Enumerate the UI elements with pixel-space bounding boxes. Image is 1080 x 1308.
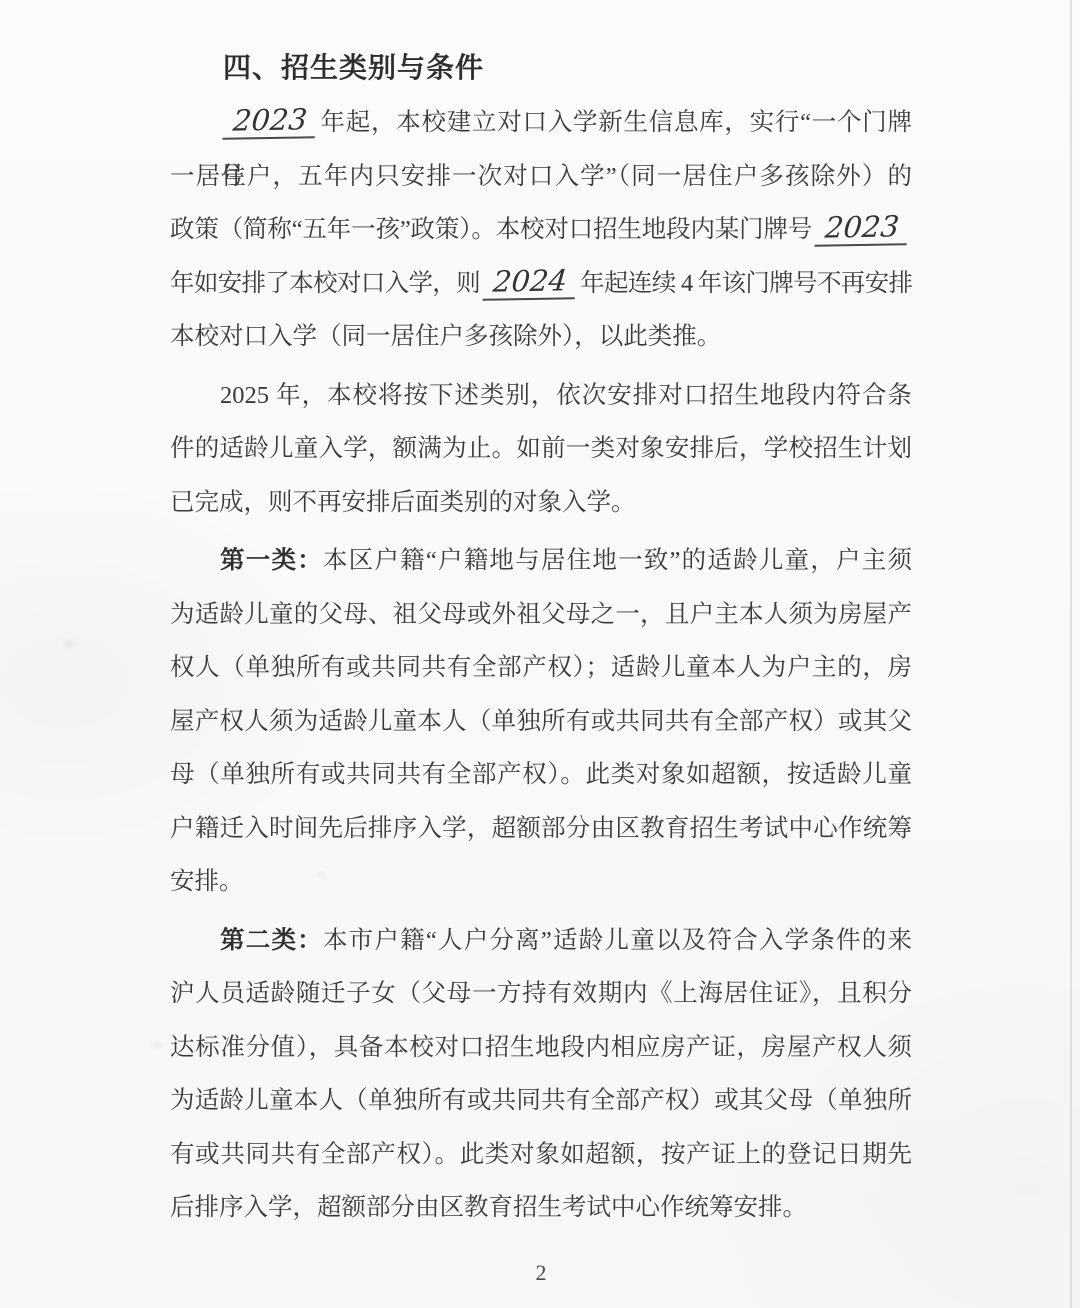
paragraph-2025-plan: 2025 年，本校将按下述类别，依次安排对口招生地段内符合条 件的适龄儿童入学，… — [170, 369, 912, 530]
category-label: 第二类： — [220, 927, 323, 954]
paragraph-category-1: 第一类：本区户籍“户籍地与居住地一致”的适龄儿童，户主须 为适龄儿童的父母、祖父… — [170, 534, 912, 909]
text-line: 政策（简称“五年一孩”政策）。本校对口招生地段内某门牌号2023 — [170, 203, 912, 257]
category-label: 第一类： — [220, 547, 323, 574]
page-number: 2 — [170, 1260, 912, 1286]
text-line: 有或共同共有全部产权）。此类对象如超额，按产证上的登记日期先 — [170, 1128, 912, 1182]
text-line: 安排。 — [170, 855, 912, 909]
text-line: 第二类：本市户籍“人户分离”适龄儿童以及符合入学条件的来 — [170, 914, 912, 968]
line-text: 年如安排了本校对口入学，则 — [170, 270, 480, 297]
section-heading: 四、招生类别与条件 — [223, 46, 484, 86]
text-line: 已完成，则不再安排后面类别的对象入学。 — [170, 476, 912, 530]
text-line: 沪人员适龄随迁子女（父母一方持有效期内《上海居住证》，且积分 — [170, 967, 912, 1021]
text-line: 权人（单独所有或共同共有全部产权）；适龄儿童本人为户主的，房 — [170, 641, 912, 695]
text-line: 为适龄儿童的父母、祖父母或外祖父母之一，且户主本人须为房屋产 — [170, 588, 912, 642]
text-line: 为适龄儿童本人（单独所有或共同共有全部产权）或其父母（单独所 — [170, 1074, 912, 1128]
line-text: 年起连续 4 年该门牌号不再安排 — [580, 270, 912, 297]
text-line: 一居住户，五年内只安排一次对口入学”（同一居住户多孩除外）的 — [170, 150, 912, 204]
text-line: 屋产权人须为适龄儿童本人（单独所有或共同共有全部产权）或其父 — [170, 695, 912, 749]
text-line: 户籍迁入时间先后排序入学，超额部分由区教育招生考试中心作统筹 — [170, 802, 912, 856]
scanned-document-page: 四、招生类别与条件 2023年起，本校建立对口入学新生信息库，实行“一个门牌号 … — [0, 0, 1080, 1308]
text-line: 母（单独所有或共同共有全部产权）。此类对象如超额，按适龄儿童 — [170, 748, 912, 802]
handwritten-year: 2024 — [482, 266, 577, 301]
text-line: 2025 年，本校将按下述类别，依次安排对口招生地段内符合条 — [170, 369, 912, 423]
text-line: 本校对口入学（同一居住户多孩除外），以此类推。 — [170, 310, 912, 364]
text-line: 第一类：本区户籍“户籍地与居住地一致”的适龄儿童，户主须 — [170, 534, 912, 588]
scan-noise — [152, 1042, 161, 1048]
text-line: 件的适龄儿童入学，额满为止。如前一类对象安排后，学校招生计划 — [170, 422, 912, 476]
paragraph-policy: 2023年起，本校建立对口入学新生信息库，实行“一个门牌号 一居住户，五年内只安… — [170, 96, 912, 364]
handwritten-year: 2023 — [815, 212, 910, 247]
line-text: 本市户籍“人户分离”适龄儿童以及符合入学条件的来 — [323, 927, 912, 954]
line-text: 本区户籍“户籍地与居住地一致”的适龄儿童，户主须 — [323, 547, 912, 574]
paragraph-category-2: 第二类：本市户籍“人户分离”适龄儿童以及符合入学条件的来 沪人员适龄随迁子女（父… — [170, 914, 912, 1235]
scan-edge-line — [1070, 0, 1072, 1308]
line-text: 政策（简称“五年一孩”政策）。本校对口招生地段内某门牌号 — [170, 216, 812, 243]
text-line: 2023年起，本校建立对口入学新生信息库，实行“一个门牌号 — [170, 96, 912, 150]
text-line: 达标准分值），具备本校对口招生地段内相应房产证，房屋产权人须 — [170, 1021, 912, 1075]
document-body: 2023年起，本校建立对口入学新生信息库，实行“一个门牌号 一居住户，五年内只安… — [170, 96, 912, 1240]
scan-noise — [64, 640, 74, 647]
text-line: 后排序入学，超额部分由区教育招生考试中心作统筹安排。 — [170, 1181, 912, 1235]
handwritten-year: 2023 — [222, 105, 317, 140]
text-line: 年如安排了本校对口入学，则2024年起连续 4 年该门牌号不再安排 — [170, 257, 912, 311]
